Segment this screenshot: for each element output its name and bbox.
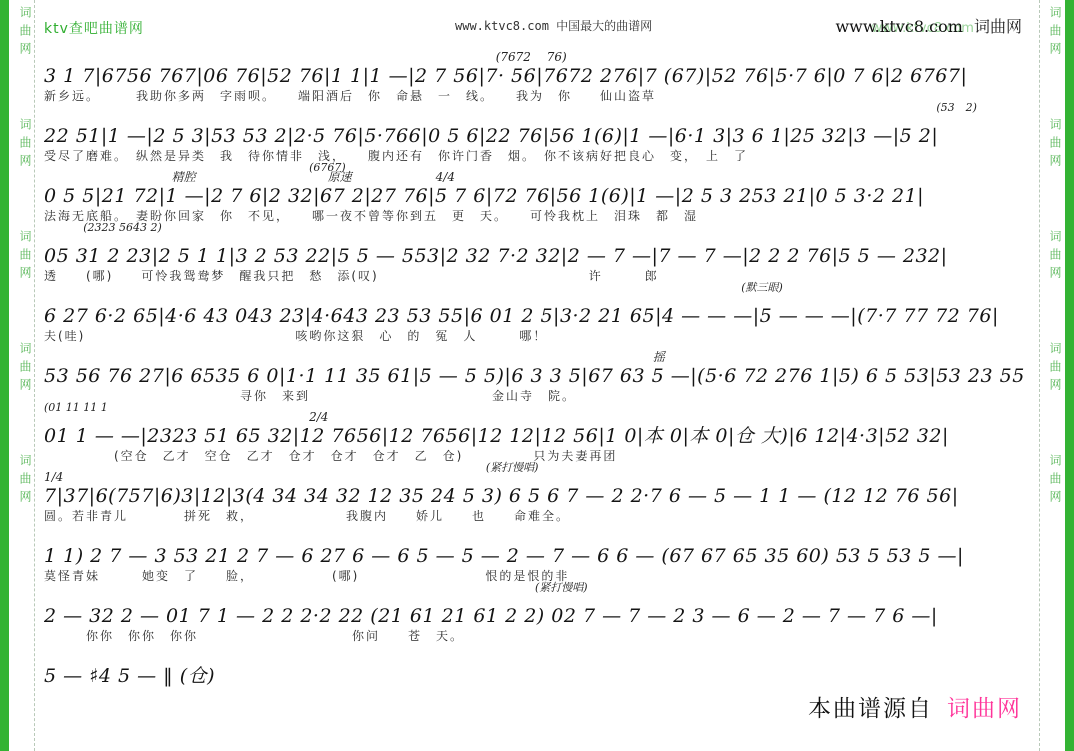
lyrics-line: 受尽了磨难。 纵然是异类 我 待你情非 浅， 腹内还有 你许门香 烟。 你不该病… (44, 149, 1026, 163)
notation-line: 1 1) 2 7 — 3 53 21 2 7 — 6 27 6 — 6 5 — … (44, 543, 1026, 569)
sheet-music: (7672 76) 3 1 7|6756 767|06 76|52 76|1 1… (44, 52, 1026, 712)
site-slogan: www.ktvc8.com 中国最大的曲谱网 (455, 17, 652, 34)
lyrics-line: 圆。若非青儿 拼死 救， 我腹内 娇儿 也 命难全。 (44, 509, 1026, 523)
lyrics-line: 法海无底船。 妻盼你回家 你 不见， 哪一夜不曾等你到五 更 天。 可怜我枕上 … (44, 209, 1026, 223)
header-right-group: www.ktvc8.com www.ktvc8.com 词曲网 (835, 14, 1022, 37)
annotation-above (44, 292, 1026, 303)
rail-site-label: 词曲网 (10, 454, 34, 508)
notation-line: 7|37|6(757|6)3|12|3(4 34 34 32 12 35 24 … (44, 483, 1026, 509)
notation-line: 3 1 7|6756 767|06 76|52 76|1 1|1 —|2 7 5… (44, 63, 1026, 89)
music-system-9: 1 1) 2 7 — 3 53 21 2 7 — 6 27 6 — 6 5 — … (44, 532, 1026, 592)
annotation-above: (7672 76) (44, 52, 1026, 63)
annotation-above (44, 532, 1026, 543)
music-system-10: 2 — 32 2 — 01 7 1 — 2 2 2·2 22 (21 61 21… (44, 592, 1026, 652)
rail-site-label: 词曲网 (1040, 454, 1064, 508)
lyrics-line: 寻你 来到 金山寺 院。 (44, 389, 1026, 403)
lyrics-line: 你你 你你 你你 你问 苍 天。 (44, 629, 1026, 643)
notation-line: 53 56 76 27|6 6535 6 0|1·1 11 35 61|5 — … (44, 363, 1026, 389)
rail-site-label: 词曲网 (1040, 230, 1064, 284)
annotation-above (44, 652, 1026, 663)
rail-site-label: 词曲网 (1040, 342, 1064, 396)
annotation-above: 2/4 (44, 412, 1026, 423)
notation-line: 6 27 6·2 65|4·6 43 043 23|4·643 23 53 55… (44, 303, 1026, 329)
music-system-3: 精腔 原速 4/4 0 5 5|21 72|1 —|2 7 6|2 32|67 … (44, 172, 1026, 232)
score-page: 词曲网 词曲网 词曲网 词曲网 词曲网 词曲网 词曲网 词曲网 词曲网 词曲网 … (0, 0, 1074, 751)
annotation-above (44, 232, 1026, 243)
music-system-5: 6 27 6·2 65|4·6 43 043 23|4·643 23 53 55… (44, 292, 1026, 352)
music-system-8: 1/4 7|37|6(757|6)3|12|3(4 34 34 32 12 35… (44, 472, 1026, 532)
left-green-bar (0, 0, 9, 751)
notation-line: 05 31 2 23|2 5 1 1|3 2 53 22|5 5 — 553|2… (44, 243, 1026, 269)
page-header: ktv查吧曲谱网 www.ktvc8.com 中国最大的曲谱网 www.ktvc… (40, 0, 1030, 52)
notation-line: 0 5 5|21 72|1 —|2 7 6|2 32|67 2|27 76|5 … (44, 183, 1026, 209)
music-system-4: 05 31 2 23|2 5 1 1|3 2 53 22|5 5 — 553|2… (44, 232, 1026, 292)
right-green-bar (1065, 0, 1074, 751)
annotation-above: 摇 (44, 352, 1026, 363)
rail-site-label: 词曲网 (10, 342, 34, 396)
right-rail: 词曲网 词曲网 词曲网 词曲网 词曲网 (1039, 0, 1064, 751)
notation-line: 5 — ♯4 5 — ‖ (仓) (44, 663, 1026, 689)
notation-line: 22 51|1 —|2 5 3|53 53 2|2·5 76|5·766|0 5… (44, 123, 1026, 149)
source-label: 本曲谱源自 (808, 696, 933, 722)
source-site-link[interactable]: 词曲网 (947, 696, 1022, 722)
annotation-above: 精腔 原速 4/4 (44, 172, 1026, 183)
rail-site-label: 词曲网 (10, 6, 34, 60)
left-rail: 词曲网 词曲网 词曲网 词曲网 词曲网 (10, 0, 35, 751)
rail-site-label: 词曲网 (1040, 6, 1064, 60)
lyrics-line: 夫(哇) 咳哟你这狠 心 的 冤 人 哪！ (44, 329, 1026, 343)
lyrics-line: 新乡远。 我助你多两 字雨呗。 端阳酒后 你 命悬 一 线。 我为 你 仙山盗草 (44, 89, 1026, 103)
notation-line: 2 — 32 2 — 01 7 1 — 2 2 2·2 22 (21 61 21… (44, 603, 1026, 629)
music-system-1: (7672 76) 3 1 7|6756 767|06 76|52 76|1 1… (44, 52, 1026, 112)
rail-site-label: 词曲网 (1040, 118, 1064, 172)
source-note: 本曲谱源自词曲网 (808, 690, 1022, 723)
annotation-above (44, 112, 1026, 123)
site-url[interactable]: www.ktvc8.com (835, 17, 962, 36)
notation-line: 01 1 — —|2323 51 65 32|12 7656|12 7656|1… (44, 423, 1026, 449)
music-system-2: 22 51|1 —|2 5 3|53 53 2|2·5 76|5·766|0 5… (44, 112, 1026, 172)
music-system-6: 摇 53 56 76 27|6 6535 6 0|1·1 11 35 61|5 … (44, 352, 1026, 412)
lyrics-line: 透 (哪) 可怜我鸳鸯梦 醒我只把 愁 添(叹) 许 郎 (44, 269, 1026, 283)
site-name[interactable]: 词曲网 (974, 17, 1022, 36)
site-logo-link[interactable]: ktv查吧曲谱网 (44, 18, 144, 38)
rail-site-label: 词曲网 (10, 230, 34, 284)
rail-site-label: 词曲网 (10, 118, 34, 172)
music-system-7: 2/4 01 1 — —|2323 51 65 32|12 7656|12 76… (44, 412, 1026, 472)
